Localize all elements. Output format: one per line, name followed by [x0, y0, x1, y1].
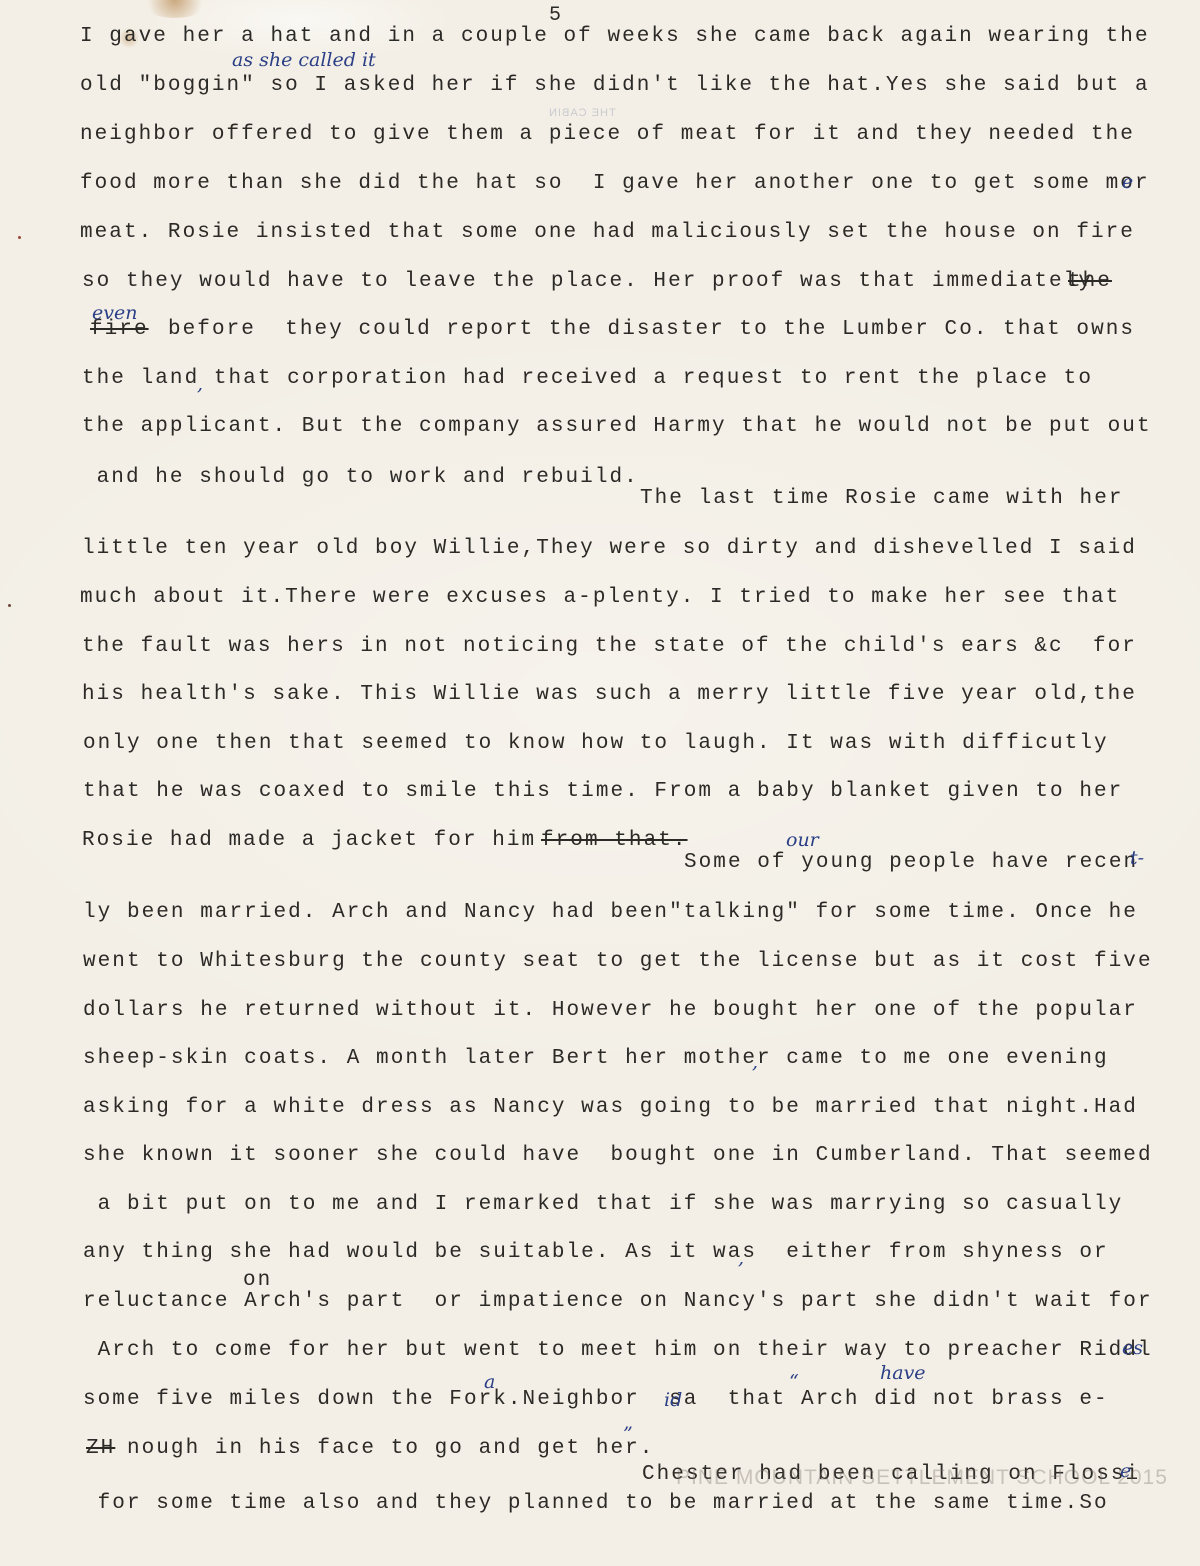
handwritten-annotation: id	[664, 1390, 682, 1410]
coffee-stain	[140, 0, 210, 18]
typed-line: nough in his face to go and get her.	[83, 1437, 654, 1461]
struck-through-text: from that.	[541, 829, 688, 853]
handwritten-annotation: t-	[1130, 848, 1144, 868]
typed-line: the land that corporation had received a…	[82, 367, 1093, 391]
paper-speck	[18, 236, 21, 239]
typed-line: sheep-skin coats. A month later Bert her…	[83, 1047, 1109, 1071]
typed-line: that he was coaxed to smile this time. F…	[83, 780, 1123, 804]
handwritten-annotation: ,	[752, 1052, 758, 1072]
typed-line: his health's sake. This Willie was such …	[82, 683, 1137, 707]
typed-line: went to Whitesburg the county seat to ge…	[83, 950, 1153, 974]
typed-line: for some time also and they planned to b…	[83, 1492, 1109, 1516]
typed-line: dollars he returned without it. However …	[83, 999, 1138, 1023]
typed-line: asking for a white dress as Nancy was go…	[83, 1096, 1138, 1120]
typed-line: I gave her a hat and in a couple of week…	[80, 25, 1150, 49]
watermark: PINE MOUNTAIN SETTLEMENT SCHOOL 2015	[676, 1466, 1168, 1490]
struck-through-text: ZH	[86, 1437, 115, 1461]
handwritten-annotation: ,	[738, 1248, 744, 1268]
typed-line: little ten year old boy Willie,They were…	[82, 537, 1137, 561]
bleed-through-stamp: THE CABIN	[548, 107, 616, 119]
paper-speck	[8, 604, 11, 607]
handwritten-annotation: es	[1122, 1338, 1143, 1358]
typed-line: any thing she had would be suitable. As …	[83, 1241, 1109, 1265]
typed-line: a bit put on to me and I remarked that i…	[83, 1193, 1123, 1217]
typed-line: she known it sooner she could have bough…	[83, 1144, 1153, 1168]
typed-line: meat. Rosie insisted that some one had m…	[80, 221, 1135, 245]
typed-line: reluctance Arch's part or impatience on …	[83, 1290, 1153, 1314]
handwritten-annotation: our	[786, 830, 819, 850]
typed-line: ly been married. Arch and Nancy had been…	[83, 901, 1138, 925]
handwritten-annotation: ,	[197, 374, 203, 394]
handwritten-annotation: have	[880, 1363, 926, 1383]
typed-line: Arch to come for her but went to meet hi…	[83, 1339, 1153, 1363]
typed-insertion: on	[243, 1269, 272, 1293]
typed-line: only one then that seemed to know how to…	[83, 732, 1109, 756]
handwritten-annotation: “	[789, 1372, 799, 1392]
typed-line: some five miles down the Fork.Neighbor s…	[83, 1388, 1109, 1412]
typed-line: neighbor offered to give them a piece of…	[80, 123, 1135, 147]
typed-line: and he should go to work and rebuild.	[82, 466, 639, 490]
typed-line: old "boggin" so I asked her if she didn'…	[80, 74, 1150, 98]
handwritten-annotation: as she called it	[232, 50, 376, 70]
handwritten-annotation: ”	[623, 1424, 633, 1444]
typed-line: The last time Rosie came with her	[640, 487, 1124, 511]
typed-line: so they would have to leave the place. H…	[82, 270, 1108, 294]
typed-line: Some of young people have recen	[684, 851, 1138, 875]
struck-through-text: the	[1068, 270, 1112, 294]
typed-line: before they could report the disaster to…	[168, 318, 1135, 342]
typed-line: food more than she did the hat so I gave…	[80, 172, 1150, 196]
document-page: 5 THE CABIN I gave her a hat and in a co…	[0, 0, 1200, 1566]
handwritten-annotation: even	[92, 303, 137, 323]
typed-line: the fault was hers in not noticing the s…	[82, 635, 1137, 659]
typed-line: much about it.There were excuses a-plent…	[80, 586, 1120, 610]
page-number: 5	[549, 4, 561, 27]
typed-line: the applicant. But the company assured H…	[82, 415, 1152, 439]
typed-line: Rosie had made a jacket for him	[82, 829, 551, 853]
handwritten-annotation: e	[1122, 172, 1133, 192]
handwritten-annotation: a	[484, 1372, 495, 1392]
